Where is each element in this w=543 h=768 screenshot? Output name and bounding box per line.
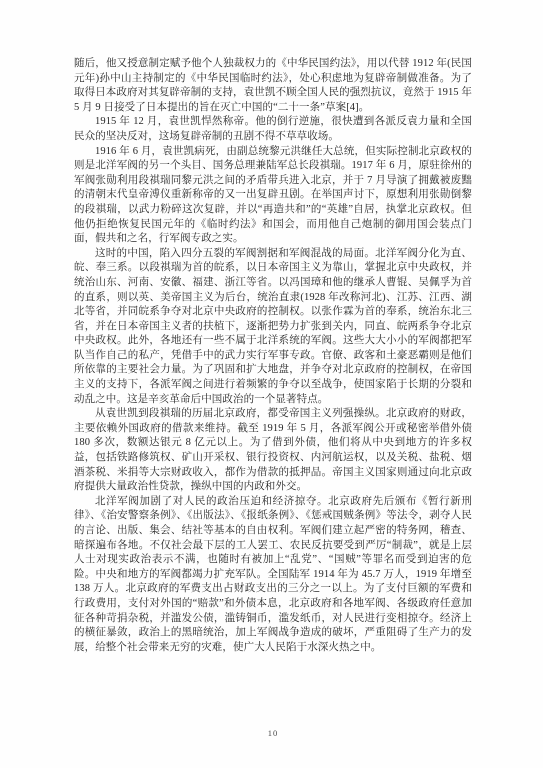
document-page: 随后，他又授意制定赋予他个人独裁权力的《中华民国约法》，用以代替 1912 年(… [0, 0, 543, 768]
page-number: 10 [74, 728, 472, 738]
paragraph: 这时的中国，陷入四分五裂的军阀割据和军阀混战的局面。北洋军阀分化为直、皖、奉三系… [74, 247, 472, 408]
body-text: 随后，他又授意制定赋予他个人独裁权力的《中华民国约法》，用以代替 1912 年(… [74, 57, 472, 655]
paragraph: 随后，他又授意制定赋予他个人独裁权力的《中华民国约法》，用以代替 1912 年(… [74, 57, 472, 115]
paragraph: 北洋军阀加剧了对人民的政治压迫和经济掠夺。北京政府先后颁布《暂行新刑律》、《治安… [74, 495, 472, 656]
paragraph: 1916 年 6 月，袁世凯病死，由副总统黎元洪继任大总统，但实际控制北京政权的… [74, 145, 472, 247]
paragraph: 从袁世凯到段祺瑞的历届北京政府，都受帝国主义列强操纵。北京政府的财政，主要依赖外… [74, 407, 472, 495]
paragraph: 1915 年 12 月，袁世凯悍然称帝。他的倒行逆施，很快遭到各派反袁力量和全国… [74, 115, 472, 144]
